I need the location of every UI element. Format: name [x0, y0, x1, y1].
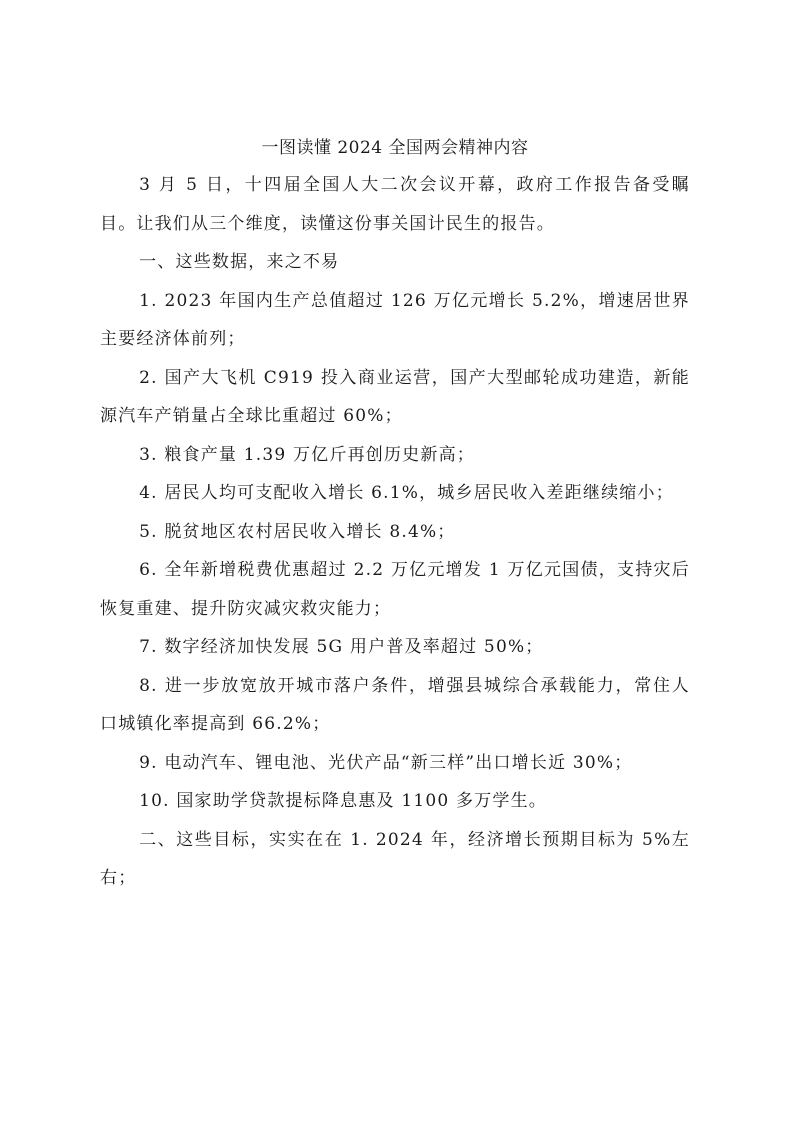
list-item-5: 5. 脱贫地区农村居民收入增长 8.4%； [100, 513, 690, 552]
list-item-9: 9. 电动汽车、锂电池、光伏产品“新三样”出口增长近 30%； [100, 744, 690, 783]
list-item-8: 8. 进一步放宽放开城市落户条件，增强县城综合承载能力，常住人口城镇化率提高到 … [100, 667, 690, 744]
intro-paragraph: 3 月 5 日，十四届全国人大二次会议开幕，政府工作报告备受瞩目。让我们从三个维… [100, 166, 690, 243]
list-item-3: 3. 粮食产量 1.39 万亿斤再创历史新高； [100, 436, 690, 475]
list-item-1: 1. 2023 年国内生产总值超过 126 万亿元增长 5.2%，增速居世界主要… [100, 282, 690, 359]
list-item-10: 10. 国家助学贷款提标降息惠及 1100 多万学生。 [100, 782, 690, 821]
list-item-6: 6. 全年新增税费优惠超过 2.2 万亿元增发 1 万亿元国债，支持灾后恢复重建… [100, 551, 690, 628]
list-item-7: 7. 数字经济加快发展 5G 用户普及率超过 50%； [100, 628, 690, 667]
section-heading-1: 一、这些数据，来之不易 [100, 243, 690, 282]
list-item-2: 2. 国产大飞机 C919 投入商业运营，国产大型邮轮成功建造，新能源汽车产销量… [100, 359, 690, 436]
document-title: 一图读懂 2024 全国两会精神内容 [100, 130, 690, 166]
document-page: 一图读懂 2024 全国两会精神内容 3 月 5 日，十四届全国人大二次会议开幕… [100, 130, 690, 898]
list-item-4: 4. 居民人均可支配收入增长 6.1%，城乡居民收入差距继续缩小； [100, 474, 690, 513]
section-heading-2: 二、这些目标，实实在在 1. 2024 年，经济增长预期目标为 5%左右； [100, 821, 690, 898]
